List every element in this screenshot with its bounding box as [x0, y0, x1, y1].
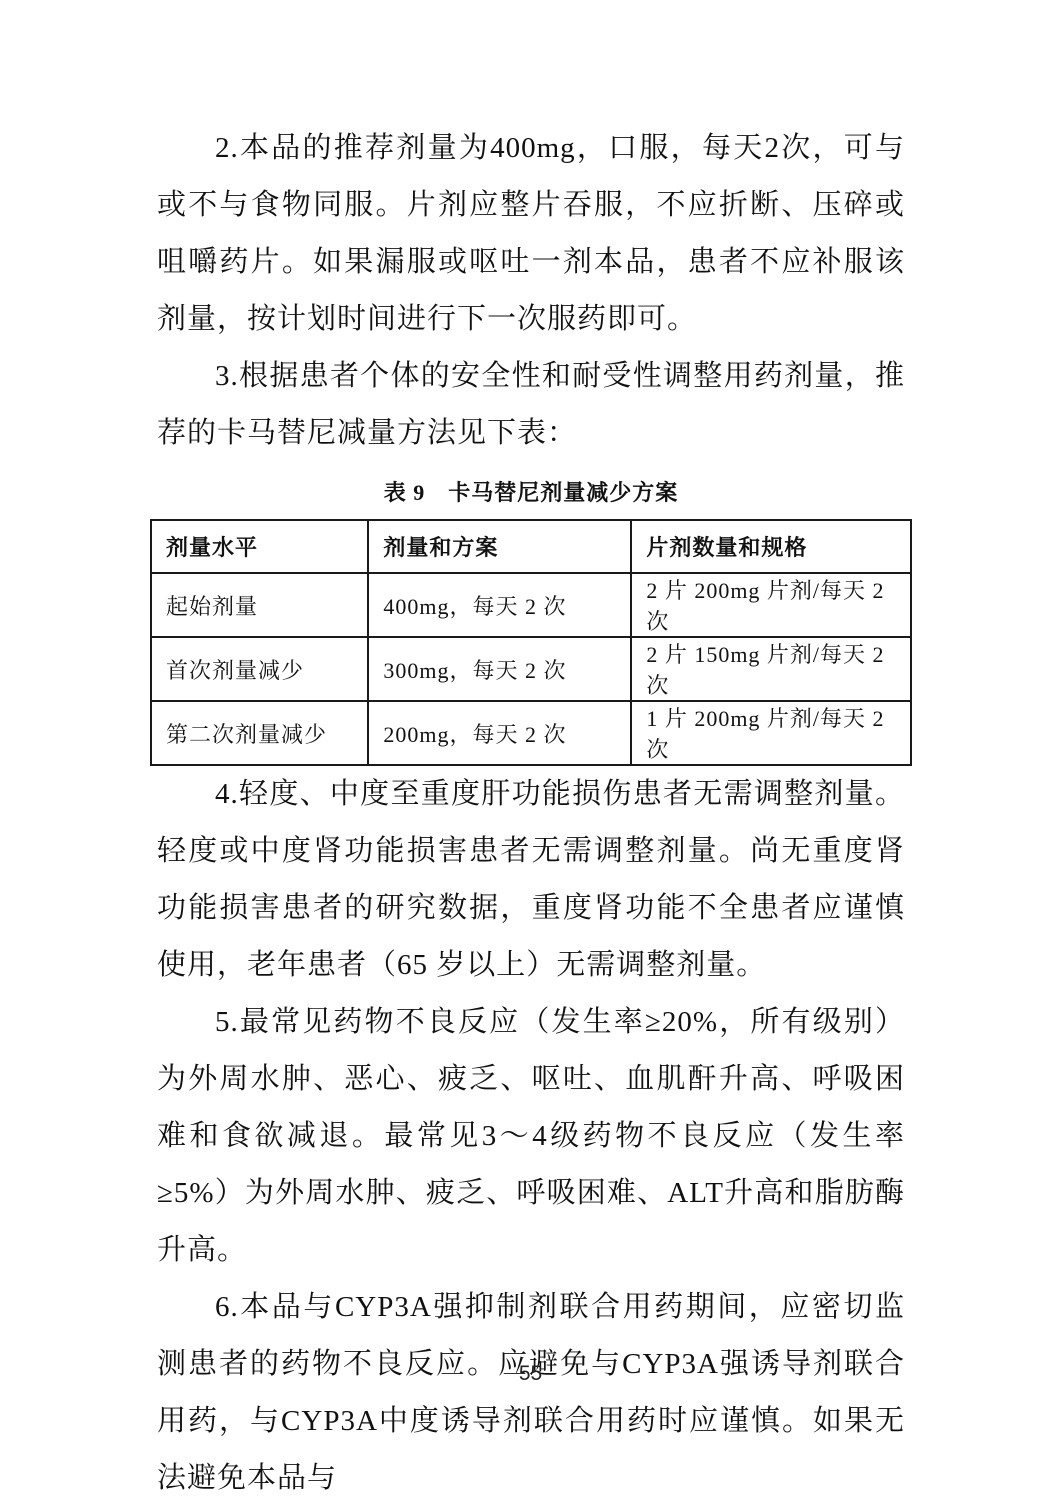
table-cell: 400mg，每天 2 次 [368, 573, 631, 637]
table-row-second-reduction: 第二次剂量减少 200mg，每天 2 次 1 片 200mg 片剂/每天 2 次 [151, 701, 911, 765]
table-cell: 起始剂量 [151, 573, 368, 637]
table-cell: 第二次剂量减少 [151, 701, 368, 765]
table-row-first-reduction: 首次剂量减少 300mg，每天 2 次 2 片 150mg 片剂/每天 2 次 [151, 637, 911, 701]
paragraph-special-populations: 4.轻度、中度至重度肝功能损伤患者无需调整剂量。轻度或中度肾功能损害患者无需调整… [157, 766, 905, 994]
table-header-tablet-spec: 片剂数量和规格 [631, 520, 911, 573]
table-header-dose-level: 剂量水平 [151, 520, 368, 573]
dose-reduction-table: 剂量水平 剂量和方案 片剂数量和规格 起始剂量 400mg，每天 2 次 2 片… [150, 519, 912, 766]
dose-reduction-table-block: 表 9 卡马替尼剂量减少方案 剂量水平 剂量和方案 片剂数量和规格 [157, 476, 905, 766]
table-cell: 2 片 150mg 片剂/每天 2 次 [631, 637, 911, 701]
table-header-row: 剂量水平 剂量和方案 片剂数量和规格 [151, 520, 911, 573]
document-page: 2.本品的推荐剂量为400mg，口服，每天2次，可与或不与食物同服。片剂应整片吞… [0, 0, 1061, 1500]
table-cell: 1 片 200mg 片剂/每天 2 次 [631, 701, 911, 765]
paragraph-adverse-reactions: 5.最常见药物不良反应（发生率≥20%，所有级别）为外周水肿、恶心、疲乏、呕吐、… [157, 994, 905, 1279]
paragraph-dosage-recommendation: 2.本品的推荐剂量为400mg，口服，每天2次，可与或不与食物同服。片剂应整片吞… [157, 120, 905, 348]
table-cell: 200mg，每天 2 次 [368, 701, 631, 765]
page-content: 2.本品的推荐剂量为400mg，口服，每天2次，可与或不与食物同服。片剂应整片吞… [157, 120, 905, 1500]
table-header-dose-regimen: 剂量和方案 [368, 520, 631, 573]
paragraph-dose-adjustment-intro: 3.根据患者个体的安全性和耐受性调整用药剂量，推荐的卡马替尼减量方法见下表： [157, 348, 905, 462]
table-row-starting-dose: 起始剂量 400mg，每天 2 次 2 片 200mg 片剂/每天 2 次 [151, 573, 911, 637]
paragraph-drug-interactions: 6.本品与CYP3A强抑制剂联合用药期间，应密切监测患者的药物不良反应。应避免与… [157, 1279, 905, 1500]
table-cell: 2 片 200mg 片剂/每天 2 次 [631, 573, 911, 637]
table-cell: 首次剂量减少 [151, 637, 368, 701]
table-caption: 表 9 卡马替尼剂量减少方案 [157, 476, 905, 507]
page-number: 55 [0, 1362, 1061, 1386]
table-cell: 300mg，每天 2 次 [368, 637, 631, 701]
